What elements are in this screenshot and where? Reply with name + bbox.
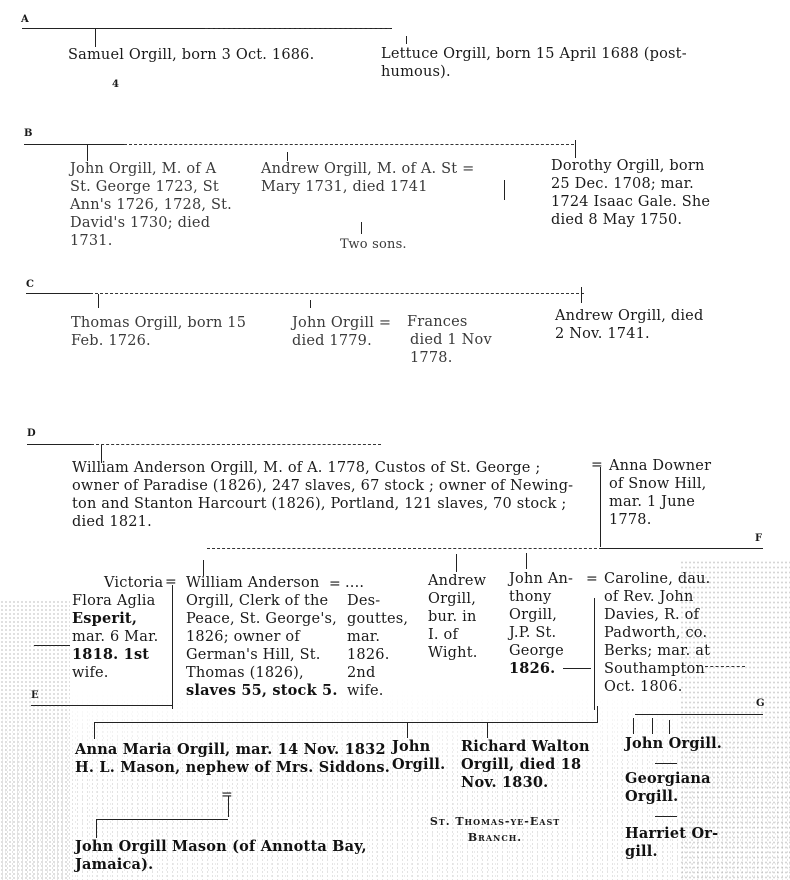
person-william-anderson-jr-l6: Thomas (1826), [186, 664, 304, 683]
person-william-anderson-jr-l3: Peace, St. George's, [186, 610, 337, 629]
person-andrew-orgill-b-l1: Andrew Orgill, M. of A. St = [261, 160, 474, 179]
branch-caption-l1: St. Thomas-ye-East [400, 814, 590, 829]
person-john-orgill-e-l1: John [392, 738, 430, 757]
person-samuel-orgill: Samuel Orgill, born 3 Oct. 1686. [68, 46, 314, 65]
divider-g-2 [655, 816, 677, 817]
mark-4: 4 [112, 76, 119, 95]
section-letter-e: E [31, 690, 39, 701]
person-john-orgill-b-l3: Ann's 1726, 1728, St. [70, 196, 232, 215]
drop-c-thomas [98, 294, 99, 308]
drop-g-2 [652, 718, 653, 734]
person-andrew-orgill-f-l2: Orgill, [428, 590, 476, 609]
person-william-anderson-jr-l4: 1826; owner of [186, 628, 300, 647]
person-john-orgill-b-l4: David's 1730; died [70, 214, 210, 233]
person-andrew-orgill-f-l1: Andrew [428, 572, 486, 591]
person-andrew-orgill-c-l1: Andrew Orgill, died [555, 307, 703, 326]
line-c-main [26, 293, 90, 294]
person-richard-walton-l2: Orgill, died 18 [461, 756, 581, 775]
stray-line-left [34, 645, 70, 646]
drop-b-marriage [504, 180, 505, 200]
person-caroline-l5: Berks; mar. at [604, 642, 710, 661]
person-victoria-l5: 1818. 1st [72, 646, 149, 665]
person-caroline-l3: Davies, R. of [604, 606, 699, 625]
person-georgiana-l2: Orgill. [625, 788, 678, 807]
person-william-anderson-jr-l2: Orgill, Clerk of the [186, 592, 328, 611]
drop-a-samuel [95, 29, 96, 47]
person-john-orgill-b-l2: St. George 1723, St [70, 178, 219, 197]
person-john-orgill-g: John Orgill. [625, 735, 722, 754]
drop-b-two-sons [361, 222, 362, 234]
line-c-dashed [90, 293, 584, 294]
marriage-symbol-desgouttes: = [329, 577, 341, 591]
marriage-symbol-victoria: = [165, 575, 177, 589]
person-andrew-orgill-c-l2: 2 Nov. 1741. [555, 325, 650, 344]
drop-b-john [87, 145, 88, 161]
paper-speckle-left [0, 600, 70, 880]
person-lettuce-orgill-line2: humous). [381, 63, 451, 82]
person-john-orgill-e-l2: Orgill. [392, 756, 445, 775]
drop-e-john-mason [96, 820, 97, 838]
person-andrew-orgill-f-l5: Wight. [428, 644, 478, 663]
person-john-orgill-mason-l2: Jamaica). [75, 856, 153, 875]
drop-e-john [407, 722, 408, 738]
person-victoria-l6: wife. [72, 664, 109, 683]
person-caroline-l1: Caroline, dau. [604, 570, 711, 589]
person-william-anderson-jr-l5: German's Hill, St. [186, 646, 321, 665]
person-john-anthony-l4: J.P. St. [509, 624, 556, 643]
person-john-orgill-b-l5: 1731. [70, 232, 113, 251]
person-desgouttes-l2: Des- [347, 592, 380, 611]
section-letter-c: C [26, 279, 34, 290]
drop-d-marriage [600, 467, 601, 547]
person-anna-downer-l4: 1778. [609, 511, 652, 530]
person-frances-l1: Frances [407, 313, 468, 332]
person-william-anderson-jr-l7: slaves 55, stock 5. [186, 682, 338, 701]
drop-f-john-anthony [526, 553, 527, 569]
drop-f-victoria-line [172, 585, 173, 709]
person-john-anthony-l3: Orgill, [509, 606, 557, 625]
person-andrew-orgill-f-l4: I. of [428, 626, 458, 645]
person-desgouttes-l3: gouttes, [347, 610, 408, 629]
person-caroline-l2: of Rev. John [604, 588, 694, 607]
person-harriet-l2: gill. [625, 843, 658, 862]
section-letter-a: A [21, 14, 29, 25]
line-e-mason-child [96, 819, 228, 820]
drop-g-1 [633, 718, 634, 734]
person-harriet-l1: Harriet Or- [625, 825, 718, 844]
drop-e-anna-maria [94, 723, 95, 739]
drop-b-dorothy [575, 140, 576, 158]
person-dorothy-orgill-l4: died 8 May 1750. [551, 211, 682, 230]
person-desgouttes-l4: mar. [347, 628, 380, 647]
person-dorothy-orgill-l3: 1724 Isaac Gale. She [551, 193, 710, 212]
line-b-dashed [124, 144, 574, 145]
person-john-orgill-mason-l1: John Orgill Mason (of Annotta Bay, [75, 838, 367, 857]
person-thomas-orgill-l1: Thomas Orgill, born 15 [71, 314, 246, 333]
drop-f-caroline-line [594, 598, 595, 710]
line-f-dashed [207, 548, 607, 549]
marriage-symbol-caroline: = [586, 572, 598, 586]
drop-c-andrew [581, 287, 582, 303]
drop-a-lettuce [406, 36, 407, 44]
issue-two-sons: Two sons. [340, 236, 407, 255]
line-e-main [94, 722, 598, 723]
marriage-symbol-mason: = [221, 788, 233, 802]
person-andrew-orgill-b-l2: Mary 1731, died 1741 [261, 178, 428, 197]
line-e-upper [31, 705, 172, 706]
branch-caption-l2: Branch. [400, 830, 590, 845]
line-f-main [600, 548, 763, 549]
person-dorothy-orgill-l1: Dorothy Orgill, born [551, 157, 705, 176]
person-john-anthony-l1: John An- [509, 570, 573, 589]
person-georgiana-l1: Georgiana [625, 770, 711, 789]
section-letter-g: G [756, 698, 765, 709]
person-lettuce-orgill-line1: Lettuce Orgill, born 15 April 1688 (post… [381, 45, 687, 64]
person-john-orgill-c-l1: John Orgill = [292, 314, 391, 333]
person-desgouttes-l5: 1826. [347, 646, 390, 665]
section-letter-f: F [755, 533, 762, 544]
person-anna-maria-orgill-l2: H. L. Mason, nephew of Mrs. Siddons. [75, 759, 390, 778]
person-victoria-l4: mar. 6 Mar. [72, 628, 158, 647]
person-william-anderson-orgill-l2: owner of Paradise (1826), 247 slaves, 67… [72, 477, 573, 496]
person-frances-l2: died 1 Nov [410, 331, 492, 350]
divider-g-1 [655, 763, 677, 764]
person-desgouttes-l6: 2nd [347, 664, 375, 683]
section-letter-b: B [24, 128, 32, 139]
person-caroline-l4: Padworth, co. [604, 624, 707, 643]
person-anna-downer-l2: of Snow Hill, [609, 475, 707, 494]
line-a-dashed [205, 28, 390, 29]
person-richard-walton-l3: Nov. 1830. [461, 774, 548, 793]
person-anna-downer-l3: mar. 1 June [609, 493, 695, 512]
person-william-anderson-jr-l1: William Anderson [186, 574, 320, 593]
person-john-anthony-l6: 1826. [509, 660, 555, 679]
person-john-anthony-l5: George [509, 642, 564, 661]
connector-john-anthony [563, 668, 591, 669]
person-anna-downer-l1: Anna Downer [609, 457, 711, 476]
line-g-main [635, 714, 763, 715]
drop-e-mason [228, 796, 229, 817]
person-desgouttes-l7: wife. [347, 682, 384, 701]
person-john-anthony-l2: thony [509, 588, 551, 607]
drop-g-3 [669, 720, 670, 734]
person-victoria-l3: Esperit, [72, 610, 137, 629]
person-anna-maria-orgill-l1: Anna Maria Orgill, mar. 14 Nov. 1832 [75, 741, 386, 760]
section-letter-d: D [27, 428, 36, 439]
person-desgouttes-l1: .... [345, 574, 364, 593]
drop-f-andrew [456, 554, 457, 572]
person-caroline-l6: Southampton [604, 660, 705, 679]
drop-e-richard [487, 722, 488, 738]
line-d-dashed [91, 444, 381, 445]
person-william-anderson-orgill-l1: William Anderson Orgill, M. of A. 1778, … [72, 459, 540, 478]
person-william-anderson-orgill-l3: ton and Stanton Harcourt (1826), Portlan… [72, 495, 567, 514]
drop-c-john [310, 300, 311, 308]
line-d-main [27, 444, 91, 445]
person-dorothy-orgill-l2: 25 Dec. 1708; mar. [551, 175, 694, 194]
marriage-symbol-d: = [591, 458, 603, 472]
drop-e-from-caroline [597, 706, 598, 722]
person-john-orgill-b-l1: John Orgill, M. of A [70, 160, 216, 179]
person-andrew-orgill-f-l3: bur. in [428, 608, 477, 627]
person-william-anderson-orgill-l4: died 1821. [72, 513, 152, 532]
person-john-orgill-c-l2: died 1779. [292, 332, 372, 351]
person-victoria-l2: Flora Aglia [72, 592, 156, 611]
person-richard-walton-l1: Richard Walton [461, 738, 590, 757]
person-thomas-orgill-l2: Feb. 1726. [71, 332, 151, 351]
person-victoria-l1: Victoria [104, 574, 163, 593]
person-caroline-l7: Oct. 1806. [604, 678, 683, 697]
person-frances-l3: 1778. [410, 349, 453, 368]
stray-dash-right [705, 666, 745, 667]
line-b-main [24, 144, 124, 145]
